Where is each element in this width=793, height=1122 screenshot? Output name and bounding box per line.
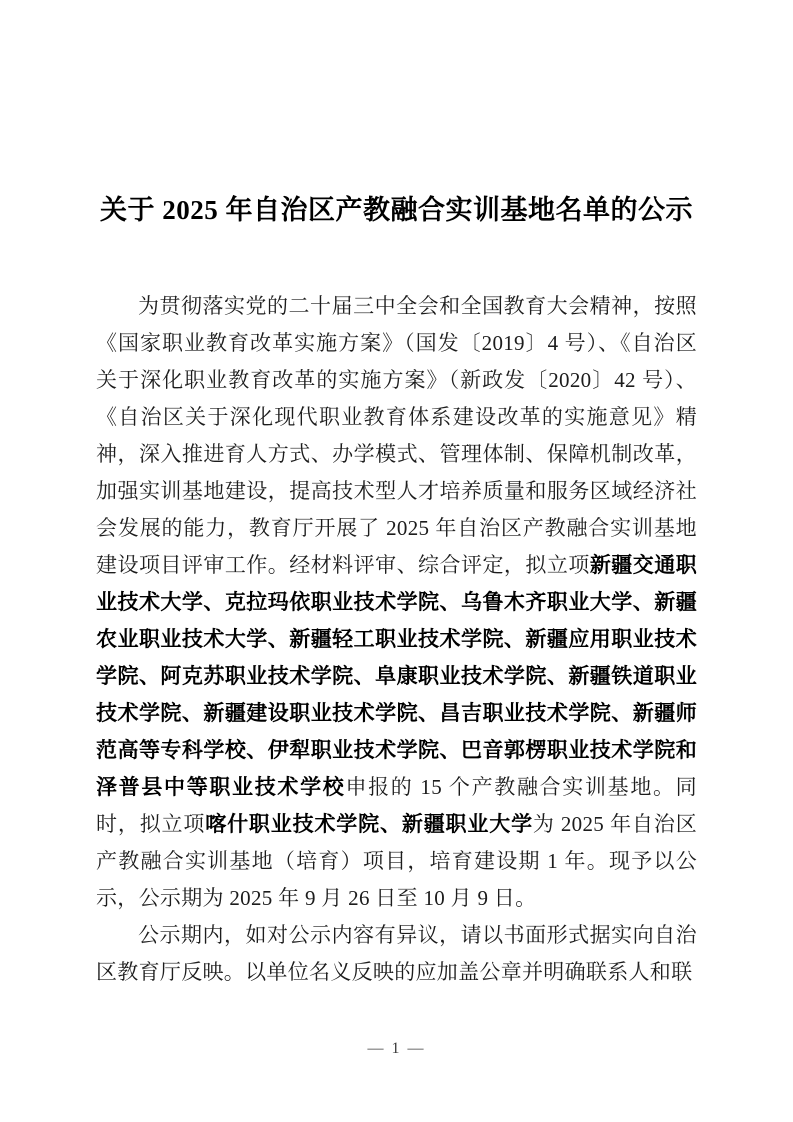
highlighted-school-names: 新疆交通职业技术大学、克拉玛依职业技术学院、乌鲁木齐职业大学、新疆农业职业技术大… <box>96 553 697 799</box>
paragraph: 公示期内，如对公示内容有异议，请以书面形式据实向自治区教育厅反映。以单位名义反映… <box>96 917 697 991</box>
text-segment: 公示期内，如对公示内容有异议，请以书面形式据实向自治区教育厅反映。以单位名义反映… <box>96 923 697 984</box>
highlighted-school-names: 喀什职业技术学院、新疆职业大学 <box>205 812 533 836</box>
notice-document-page: 关于 2025 年自治区产教融合实训基地名单的公示 为贯彻落实党的二十届三中全会… <box>0 0 793 1122</box>
document-body: 为贯彻落实党的二十届三中全会和全国教育大会精神，按照《国家职业教育改革实施方案》… <box>96 288 697 991</box>
page-number: — 1 — <box>368 1040 426 1057</box>
document-title: 关于 2025 年自治区产教融合实训基地名单的公示 <box>0 189 793 231</box>
paragraph: 为贯彻落实党的二十届三中全会和全国教育大会精神，按照《国家职业教育改革实施方案》… <box>96 288 697 917</box>
page-footer: — 1 — <box>0 1038 793 1060</box>
text-segment: 为贯彻落实党的二十届三中全会和全国教育大会精神，按照《国家职业教育改革实施方案》… <box>96 294 697 577</box>
